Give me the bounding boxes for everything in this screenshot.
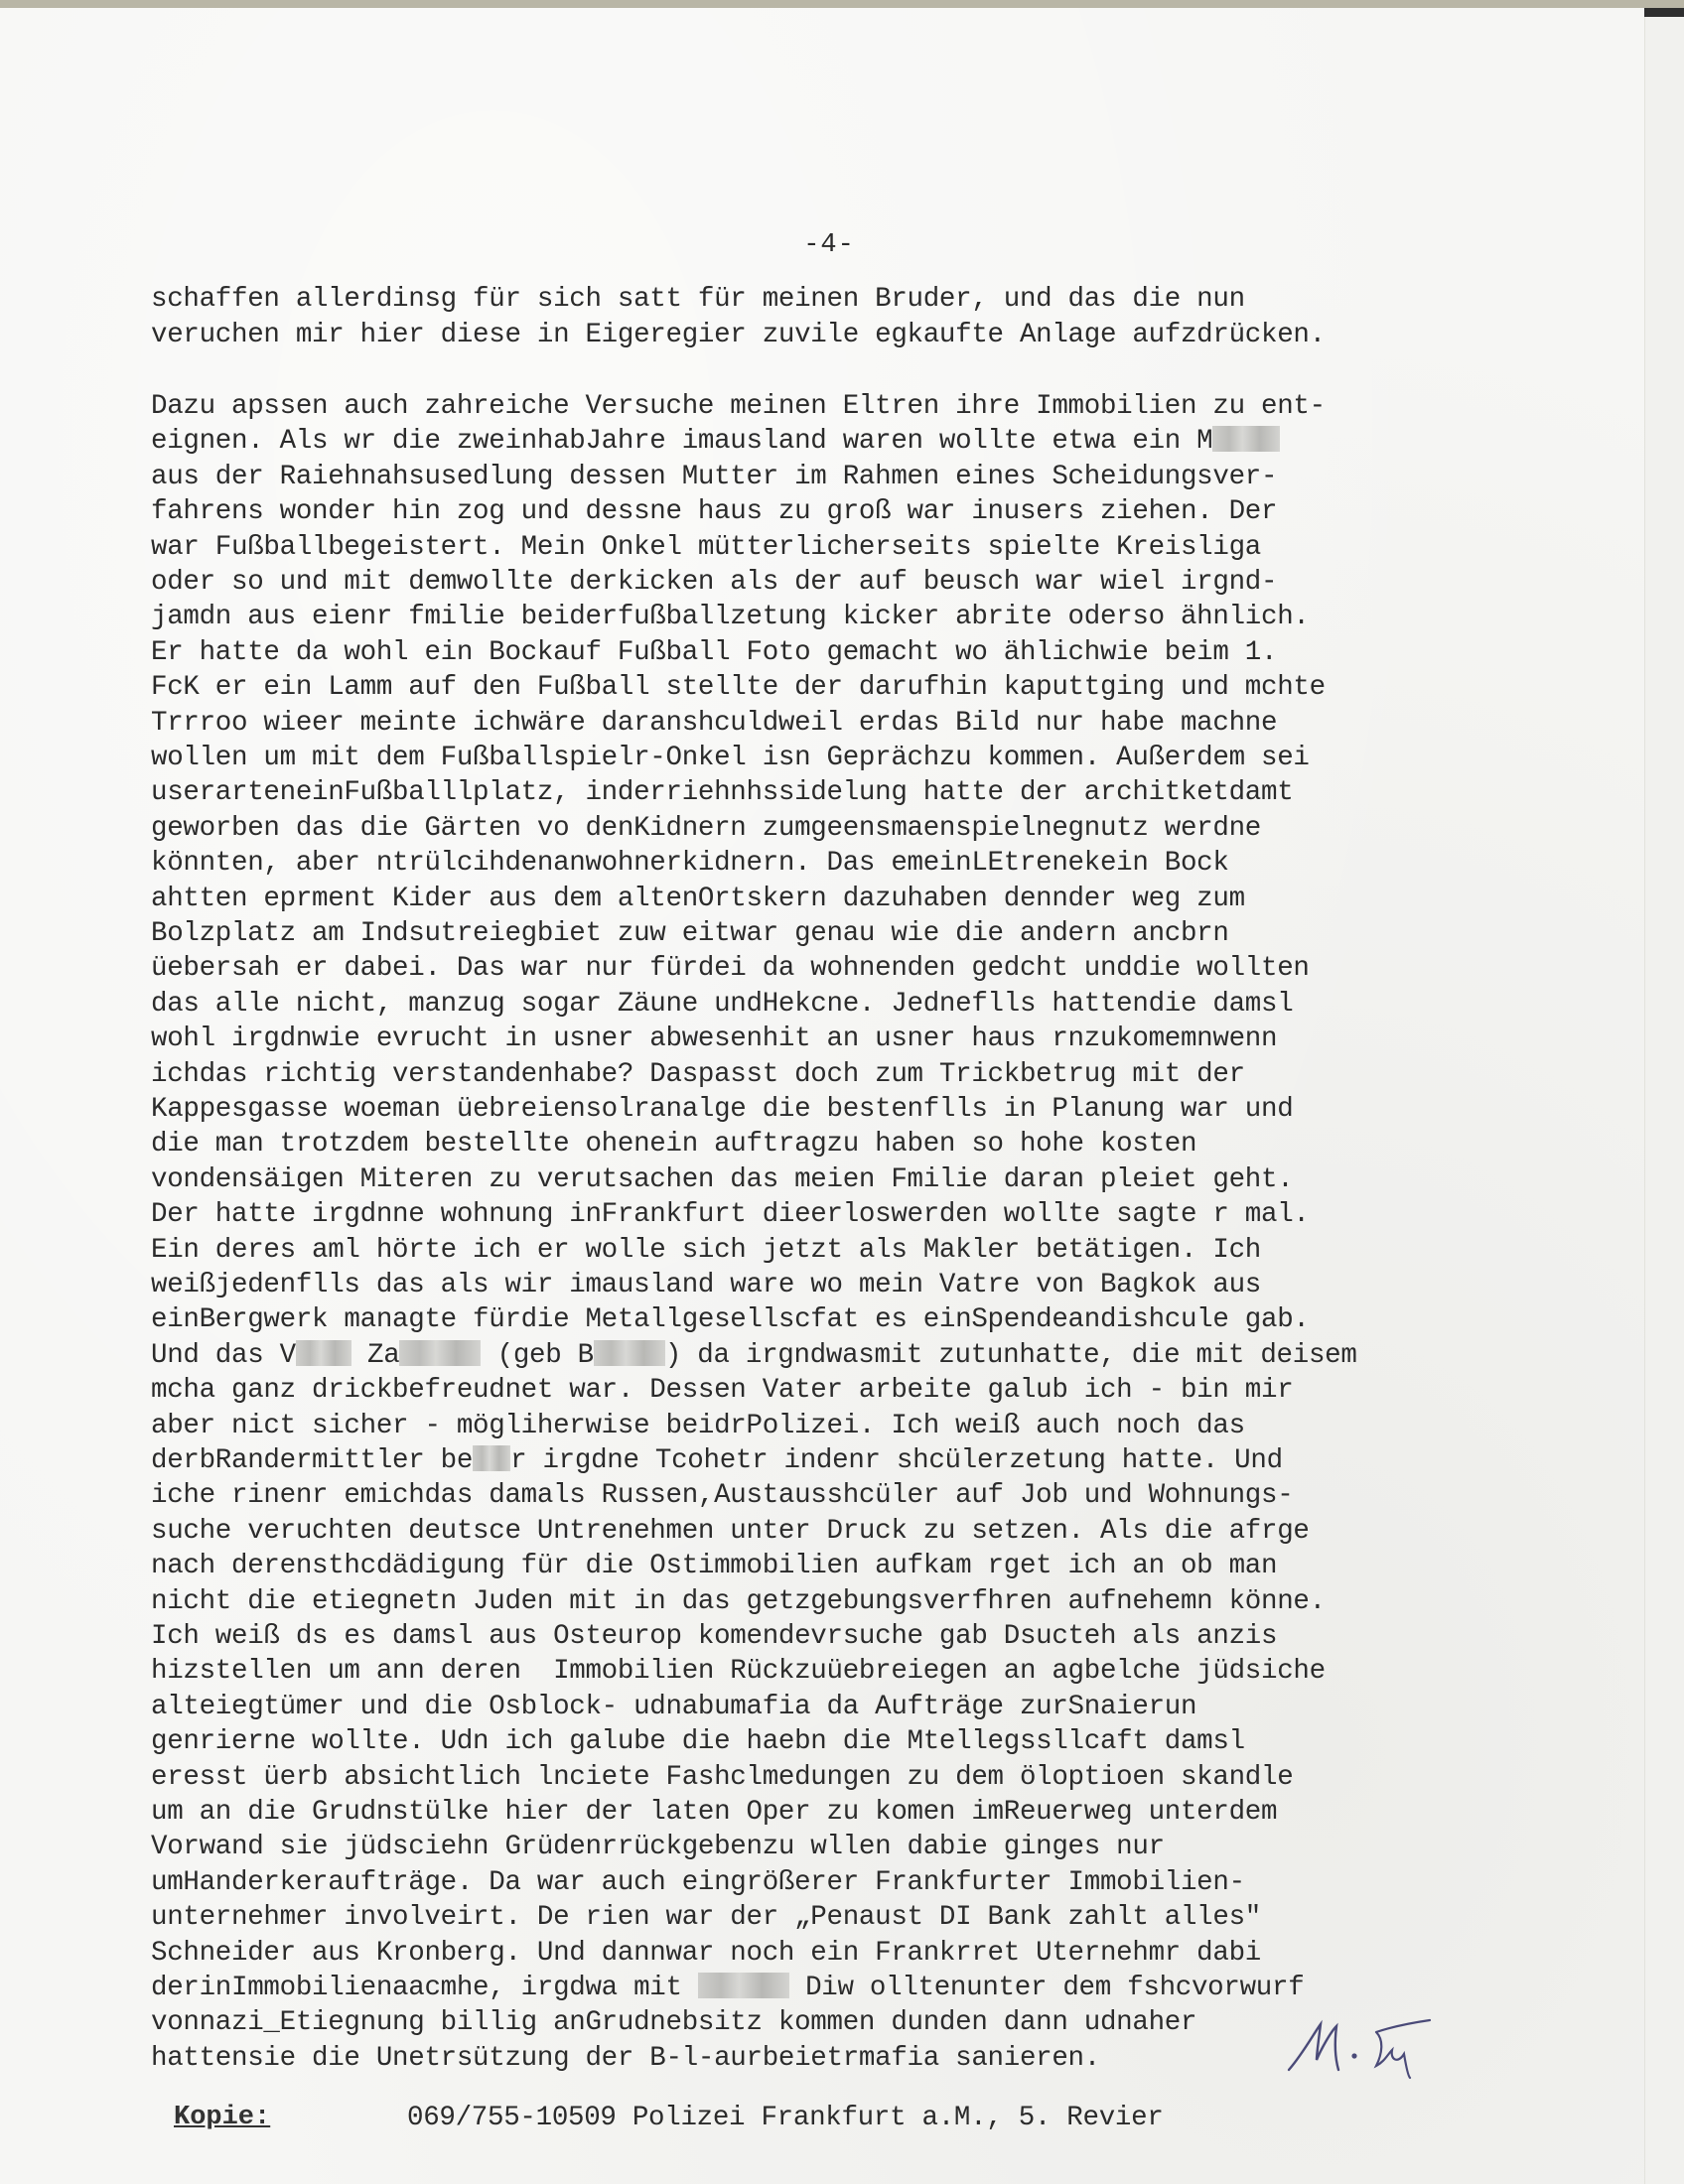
- text-line: geworben das die Gärten vo denKidnern zu…: [151, 813, 1261, 845]
- text-line: Der hatte irgdnne wohnung inFrankfurt di…: [151, 1199, 1310, 1231]
- text-line: nach derensthcdädigung für die Ostimmobi…: [151, 1551, 1277, 1582]
- text-line: eignen. Als wr die zweinhabJahre imausla…: [151, 426, 1280, 458]
- text-line: das alle nicht, manzug sogar Zäune undHe…: [151, 989, 1293, 1021]
- scan-right-margin: [1644, 8, 1684, 2184]
- scan-top-edge: [0, 0, 1684, 8]
- text-line: Und das V Za (geb B) da irgndwasmit zutu…: [151, 1340, 1357, 1372]
- text-line: einBergwerk managte fürdie Metallgesells…: [151, 1304, 1310, 1336]
- redaction-block: [473, 1445, 510, 1471]
- text-line: genrierne wollte. Udn ich galube die hae…: [151, 1726, 1245, 1758]
- text-line: userarteneinFußballlplatz, inderriehnhss…: [151, 777, 1293, 809]
- text-line: wohl irgdnwie evrucht in usner abwesenhi…: [151, 1024, 1277, 1055]
- text-line: alteiegtümer und die Osblock- udnabumafi…: [151, 1692, 1196, 1723]
- text-line: Vorwand sie jüdsciehn Grüdenrrückgebenzu…: [151, 1832, 1165, 1863]
- text-line: oder so und mit demwollte derkicken als …: [151, 567, 1277, 599]
- redaction-block: [594, 1340, 665, 1366]
- handwritten-signature: [1281, 2010, 1440, 2080]
- text-line: vonnazi_Etiegnung billig anGrudnebsitz k…: [151, 2007, 1196, 2039]
- text-line: üebersah er dabei. Das war nur fürdei da…: [151, 953, 1310, 985]
- text-line: war Fußballbegeistert. Mein Onkel mütter…: [151, 532, 1261, 564]
- text-line: ichdas richtig verstandenhabe? Daspasst …: [151, 1059, 1245, 1091]
- text-line: aber nict sicher - mögliherwise beidrPol…: [151, 1411, 1245, 1442]
- redaction-block: [399, 1340, 481, 1366]
- text-line: wollen um mit dem Fußballspielr-Onkel is…: [151, 743, 1310, 774]
- text-line: die man trotzdem bestellte ohenein auftr…: [151, 1129, 1196, 1160]
- text-line: um an die Grudnstülke hier der laten Ope…: [151, 1797, 1277, 1829]
- text-line: suche veruchten deutsce Untrenehmen unte…: [151, 1516, 1310, 1548]
- text-line: iche rinenr emichdas damals Russen,Austa…: [151, 1480, 1293, 1512]
- text-line: könnten, aber ntrülcihdenanwohnerkidnern…: [151, 848, 1229, 880]
- copy-label: Kopie:: [174, 2103, 270, 2132]
- text-line: weißjedenflls das als wir imausland ware…: [151, 1270, 1261, 1301]
- text-line: schaffen allerdinsg für sich satt für me…: [151, 284, 1245, 316]
- redaction-block: [296, 1340, 351, 1366]
- text-line: Ein deres aml hörte ich er wolle sich je…: [151, 1235, 1261, 1267]
- text-line: Ich weiß ds es damsl aus Osteurop komend…: [151, 1621, 1277, 1653]
- redaction-block: [1212, 426, 1280, 452]
- text-line: veruchen mir hier diese in Eigeregier zu…: [151, 320, 1326, 351]
- text-line: Bolzplatz am Indsutreiegbiet zuw eitwar …: [151, 918, 1229, 950]
- text-line: mcha ganz drickbefreudnet war. Dessen Va…: [151, 1375, 1293, 1407]
- text-line: Dazu apssen auch zahreiche Versuche mein…: [151, 391, 1326, 423]
- text-line: hattensie die Unetrsützung der B-l-aurbe…: [151, 2043, 1100, 2075]
- text-line: Kappesgasse woeman üebreiensolranalge di…: [151, 1094, 1293, 1126]
- text-line: ahtten eprment Kider aus dem altenOrtske…: [151, 884, 1245, 915]
- text-line: fahrens wonder hin zog und dessne haus z…: [151, 496, 1277, 528]
- text-line: Trrroo wieer meinte ichwäre daranshculdw…: [151, 708, 1277, 740]
- copy-recipient: 069/755-10509 Polizei Frankfurt a.M., 5.…: [407, 2103, 1164, 2133]
- text-line: Er hatte da wohl ein Bockauf Fußball Fot…: [151, 637, 1277, 669]
- text-line: derinImmobilienaacmhe, irgdwa mit Diw ol…: [151, 1973, 1304, 2004]
- text-line: umHanderkeraufträge. Da war auch eingröß…: [151, 1867, 1245, 1899]
- page-number: -4-: [784, 230, 874, 260]
- redaction-block: [698, 1973, 789, 1998]
- text-line: derbRandermittler ber irgdne Tcohetr ind…: [151, 1445, 1283, 1477]
- text-line: jamdn aus eienr fmilie beiderfußballzetu…: [151, 602, 1310, 633]
- text-line: hizstellen um ann deren Immobilien Rückz…: [151, 1656, 1326, 1688]
- text-line: aus der Raiehnahsusedlung dessen Mutter …: [151, 462, 1277, 493]
- text-line: nicht die etiegnetn Juden mit in das get…: [151, 1586, 1326, 1618]
- text-line: Schneider aus Kronberg. Und dannwar noch…: [151, 1938, 1261, 1970]
- text-line: FcK er ein Lamm auf den Fußball stellte …: [151, 672, 1326, 704]
- scan-corner-mark: [1644, 8, 1684, 17]
- text-line: unternehmer involveirt. De rien war der …: [151, 1902, 1261, 1934]
- text-line: vondensäigen Miteren zu verutsachen das …: [151, 1164, 1293, 1196]
- text-line: eresst üerb absichtlich lnciete Fashclme…: [151, 1762, 1293, 1794]
